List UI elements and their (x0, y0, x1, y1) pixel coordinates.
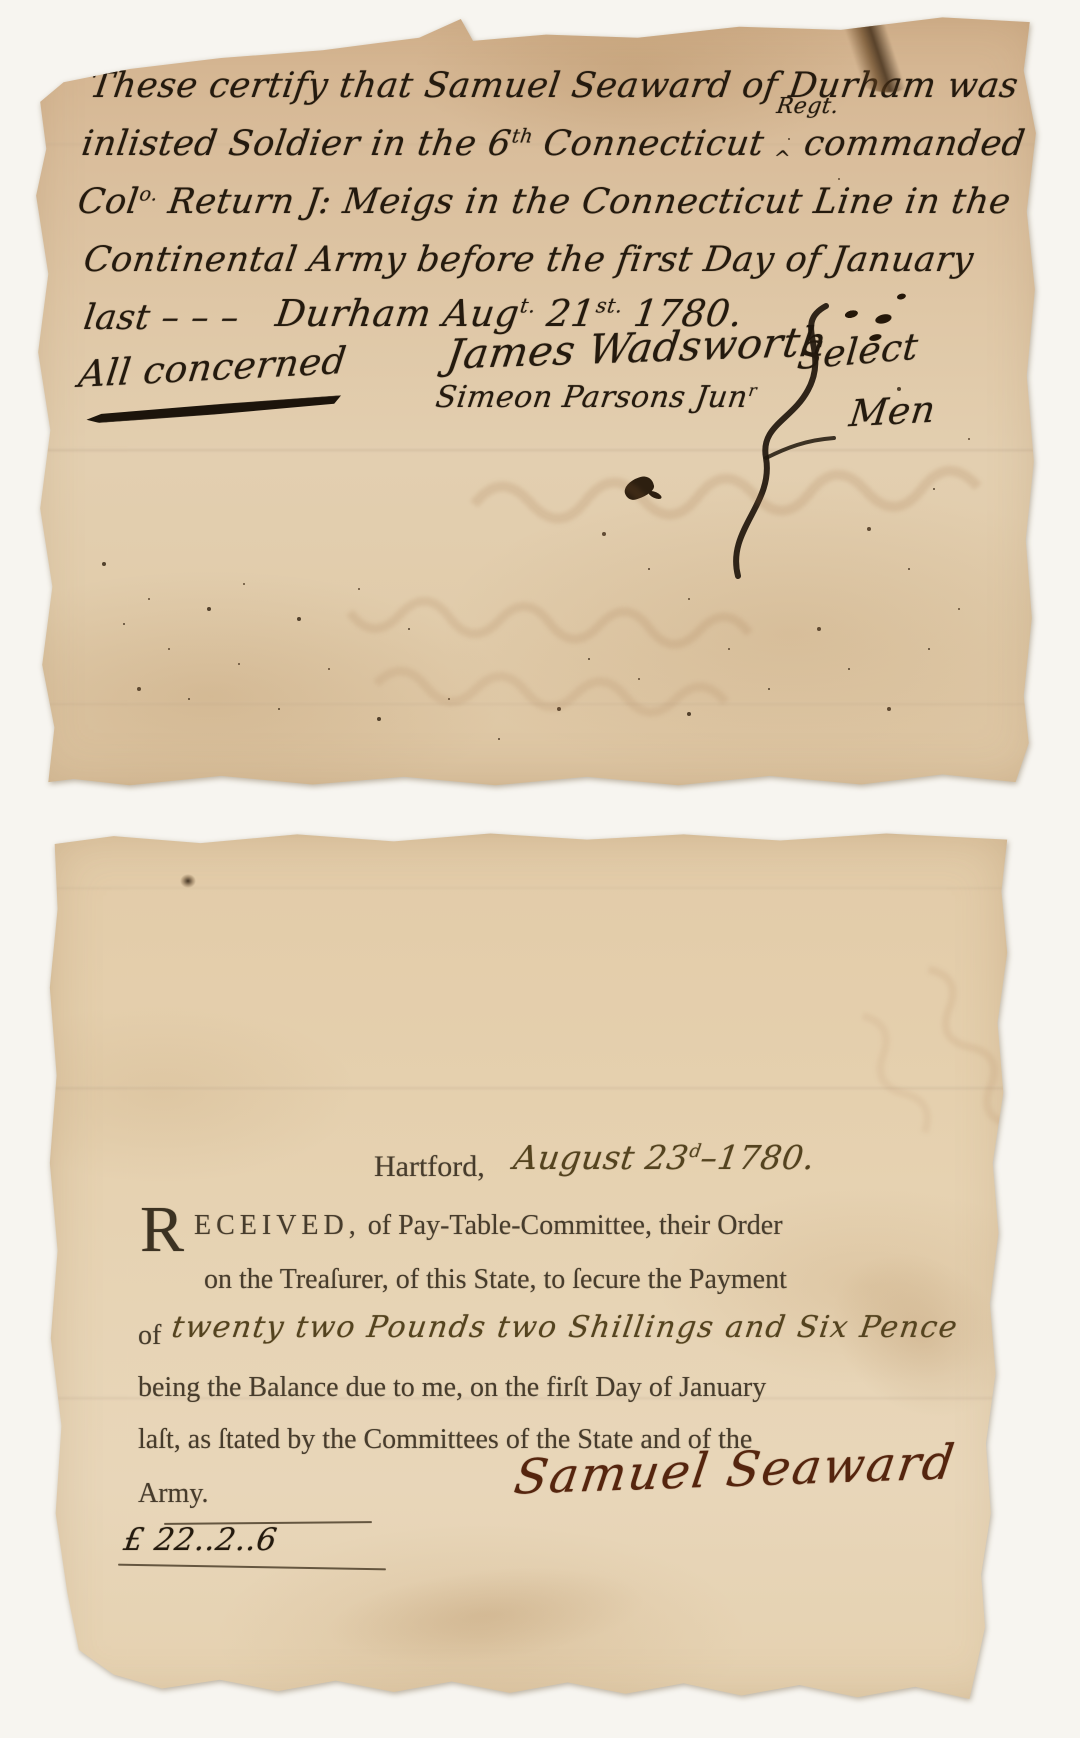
dropcap-R: R (140, 1202, 184, 1258)
dark-spot (180, 874, 196, 888)
receipt-line-2-text: on the Treaſurer, of this State, to ſecu… (204, 1264, 787, 1295)
bleed-through-writing (144, 552, 772, 744)
attestation-text: All concerned (76, 339, 349, 396)
cert-line-1-text: These certify that Samuel Seaward of Dur… (87, 66, 1077, 106)
amount-rule-bottom (118, 1564, 386, 1571)
cert-line-3-end: Return J: Meigs in the Connecticut Line … (154, 182, 1013, 222)
cert-line-4: Continental Army before the first Day of… (81, 240, 976, 280)
receipt-paper-wrapper: Hartford, August 23d–1780. R ECEIVED, of… (46, 830, 1012, 1706)
receipt-date: August 23d–1780. (511, 1138, 817, 1177)
receipt-date-main: August 23 (511, 1138, 691, 1177)
certificate-paper-wrapper: These certify that Samuel Seaward of Dur… (28, 8, 1044, 790)
cert-line-1: These certify that Samuel Seaward of Dur… (87, 66, 1077, 106)
cert-line-4-text: Continental Army before the first Day of… (81, 240, 976, 280)
cert-line-3-start: Col (75, 182, 141, 222)
cert-line-2-end: commanded by (790, 124, 1080, 164)
cert-dateline-sup2: st. (595, 294, 625, 318)
paper-stain (322, 1554, 650, 1677)
cert-line-2-mid: Connecticut (529, 124, 778, 164)
insert-caret-mark: ^ (772, 146, 793, 170)
receipt-date-tail: –1780. (698, 1138, 817, 1177)
receipt-line-2: on the Treaſurer, of this State, to ſecu… (204, 1264, 787, 1296)
receipt-amount-words: twenty two Pounds two Shillings and Six … (170, 1310, 961, 1345)
receipt-line-4: being the Balance due to me, on the firſ… (138, 1372, 766, 1404)
receipt-line-3-of-text: of (138, 1320, 161, 1351)
cert-line-2: inlisted Soldier in the 6th Connecticut … (79, 124, 1080, 164)
receipt-amount-figures: £ 22..2..6 (121, 1522, 279, 1558)
cert-line-3: Colo. Return J: Meigs in the Connecticut… (75, 182, 1013, 222)
bleed-through-writing (326, 427, 990, 570)
signature2-text: Simeon Parsons Jun (434, 380, 751, 415)
cert-line-5-last: last – – – (81, 298, 242, 338)
amount-currency: £ (121, 1522, 146, 1558)
receipt-paper: Hartford, August 23d–1780. R ECEIVED, of… (46, 830, 1012, 1706)
dropcap-text: R (140, 1193, 184, 1266)
cert-line-5-last-text: last – – – (81, 298, 242, 338)
receipt-line-3-of: of (138, 1320, 161, 1352)
amount-digits: 22..2..6 (152, 1522, 279, 1558)
certificate-paper: These certify that Samuel Seaward of Dur… (28, 8, 1044, 790)
receipt-line-4-text: being the Balance due to me, on the firſ… (138, 1372, 766, 1403)
ink-specks (28, 8, 30, 10)
receipt-line-1-caps: ECEIVED, (194, 1210, 361, 1241)
receipt-place: Hartford, (374, 1150, 485, 1184)
receipt-line-1-rest: of Pay-Table-Committee, their Order (361, 1210, 783, 1241)
cert-line-2-insert: Regt. (775, 94, 841, 119)
receipt-line-1: ECEIVED, of Pay-Table-Committee, their O… (194, 1210, 783, 1242)
cert-line-2-start: inlisted Soldier in the 6 (79, 124, 514, 164)
receipt-amount-words-text: twenty two Pounds two Shillings and Six … (170, 1310, 961, 1345)
receipt-place-text: Hartford, (374, 1150, 485, 1183)
attestation-underline (86, 395, 342, 424)
receipt-line-6-text: Army. (138, 1478, 209, 1509)
scanned-documents-page: These certify that Samuel Seaward of Dur… (0, 0, 1080, 1738)
receipt-line-6-army: Army. (138, 1478, 209, 1510)
attestation-all-concerned: All concerned (76, 339, 349, 396)
